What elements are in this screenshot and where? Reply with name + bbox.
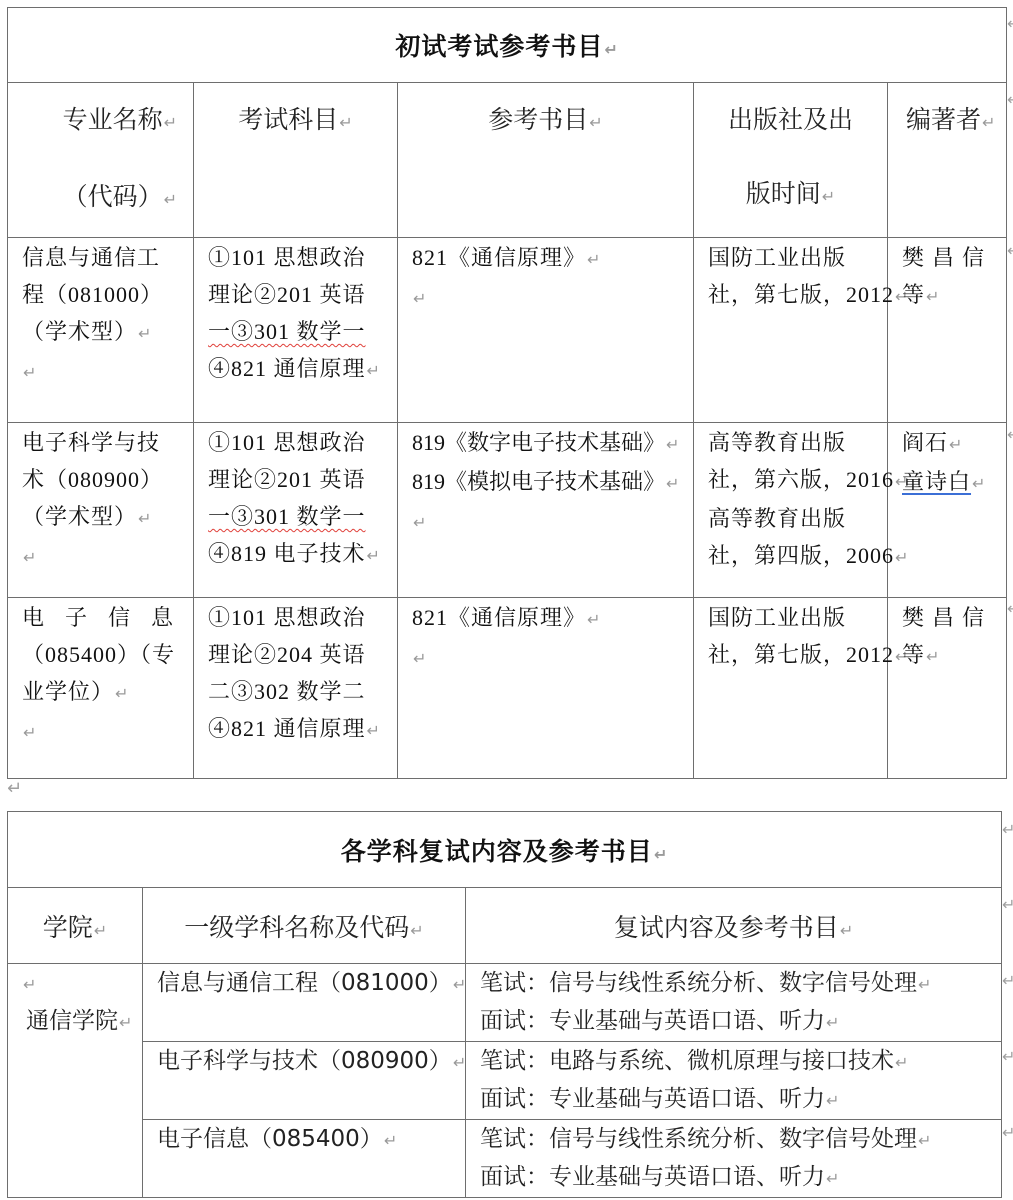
paragraph-mark-icon: ↵ — [587, 250, 601, 269]
header-label: 学院 — [43, 913, 93, 942]
paragraph-mark-icon: ↵ — [23, 548, 37, 567]
major-text: 业学位） — [22, 679, 114, 704]
author-text: 樊昌信 — [902, 239, 998, 276]
table-row: 电子科学与技 术（080900） （学术型）↵ ↵ ①101 思想政治 理论②2… — [8, 423, 1007, 598]
interview-text: 面试：专业基础与英语口语、听力 — [480, 1086, 825, 1112]
paragraph-mark-icon: ↵ — [982, 113, 995, 132]
paragraph-mark-icon: ↵ — [367, 546, 381, 565]
paragraph-mark-icon: ↵ — [94, 921, 107, 940]
paragraph-mark-icon: ↵ — [413, 289, 427, 308]
content-cell[interactable]: 笔试：信号与线性系统分析、数字信号处理↵ 面试：专业基础与英语口语、听力↵ — [466, 1120, 1002, 1198]
author-text: 樊昌信 — [902, 599, 998, 636]
paragraph-mark-icon: ↵ — [119, 1013, 132, 1032]
major-cell[interactable]: 电子信息 （085400）（专 业学位）↵ ↵ — [8, 598, 194, 779]
books-cell[interactable]: 821《通信原理》↵ ↵ — [398, 598, 694, 779]
header-cell-publisher[interactable]: 出版社及出 版时间↵ — [694, 83, 888, 238]
table-row: ↵ 通信学院↵ 信息与通信工程（081000）↵ 笔试：信号与线性系统分析、数字… — [8, 964, 1002, 1042]
header-cell-college[interactable]: 学院↵ — [8, 888, 143, 964]
major-text: （学术型） — [22, 319, 137, 344]
subject-text-spellcheck: 一③301 数学一 — [208, 313, 389, 350]
major-text: 电子科学与技 — [22, 424, 185, 461]
book-title: 819《数字电子技术基础》 — [412, 430, 665, 455]
paragraph-mark-icon: ↵ — [367, 721, 381, 740]
paragraph-mark-icon: ↵ — [413, 649, 427, 668]
row-end-mark-icon: ↵ — [1002, 1047, 1013, 1066]
paragraph-mark-icon: ↵ — [926, 647, 940, 666]
subjects-cell[interactable]: ①101 思想政治 理论②201 英语 一③301 数学一 ④821 通信原理↵ — [194, 238, 398, 423]
paragraph-mark-icon: ↵ — [826, 1169, 839, 1188]
paragraph-mark-icon: ↵ — [826, 1091, 839, 1110]
college-cell[interactable]: ↵ 通信学院↵ — [8, 964, 143, 1198]
paragraph-mark-icon: ↵ — [413, 513, 426, 532]
row-end-mark-icon: ↵ — [1002, 895, 1013, 914]
author-cell[interactable]: 阎石↵ 童诗白↵ — [888, 423, 1007, 598]
paragraph-mark-icon: ↵ — [589, 113, 602, 132]
paragraph-mark-icon: ↵ — [367, 361, 381, 380]
header-label: 编著者 — [906, 105, 981, 134]
paragraph-mark-icon: ↵ — [895, 1053, 908, 1072]
header-label: 版时间 — [746, 179, 821, 208]
major-text: 电子信息 — [22, 599, 185, 636]
paragraph-mark-icon: ↵ — [23, 975, 36, 994]
paragraph-mark-icon: ↵ — [453, 1053, 466, 1072]
publisher-cell[interactable]: 国防工业出版 社，第七版，2012↵ — [694, 598, 888, 779]
paragraph-mark-icon: ↵ — [840, 921, 853, 940]
paragraph-mark-icon: ↵ — [115, 684, 129, 703]
author-text: 童诗白 — [902, 469, 971, 494]
paragraph-mark-icon: ↵ — [164, 113, 177, 132]
discipline-text: 电子信息（085400） — [157, 1126, 383, 1152]
table-row: 信息与通信工 程（081000） （学术型）↵ ↵ ①101 思想政治 理论②2… — [8, 238, 1007, 423]
major-text: 术（080900） — [22, 461, 185, 498]
publisher-text: 高等教育出版 — [708, 424, 879, 461]
major-cell[interactable]: 信息与通信工 程（081000） （学术型）↵ ↵ — [8, 238, 194, 423]
subject-text: 理论②201 英语 — [208, 276, 389, 313]
paragraph-mark-icon: ↵ — [339, 113, 352, 132]
row-end-mark-icon: ↵ — [1007, 599, 1013, 618]
major-text: （学术型） — [22, 504, 137, 529]
interview-text: 面试：专业基础与英语口语、听力 — [480, 1164, 825, 1190]
written-exam-text: 笔试：信号与线性系统分析、数字信号处理 — [480, 1126, 917, 1152]
discipline-text: 信息与通信工程（081000） — [157, 970, 452, 996]
publisher-text: 社，第四版，2006 — [708, 543, 894, 568]
header-cell-subjects[interactable]: 考试科目↵ — [194, 83, 398, 238]
header-label: 考试科目 — [238, 105, 338, 134]
subject-text: ④819 电子技术 — [208, 541, 366, 566]
subject-text: ①101 思想政治 — [208, 424, 389, 461]
paragraph-mark-icon: ↵ — [895, 548, 909, 567]
discipline-cell[interactable]: 信息与通信工程（081000）↵ — [143, 964, 466, 1042]
paragraph-mark-icon: ↵ — [666, 474, 679, 493]
paragraph-mark-icon: ↵ — [604, 40, 618, 59]
publisher-text: 高等教育出版 — [708, 500, 879, 537]
publisher-cell[interactable]: 国防工业出版 社，第七版，2012↵ — [694, 238, 888, 423]
publisher-text: 国防工业出版 — [708, 599, 879, 636]
paragraph-mark-icon: ↵ — [453, 975, 466, 994]
header-label: 出版社及出 — [694, 83, 887, 157]
author-text: 等 — [902, 282, 925, 307]
header-label: 一级学科名称及代码 — [184, 913, 409, 942]
subject-text: 理论②201 英语 — [208, 461, 389, 498]
content-cell[interactable]: 笔试：电路与系统、微机原理与接口技术↵ 面试：专业基础与英语口语、听力↵ — [466, 1042, 1002, 1120]
paragraph-mark-icon: ↵ — [587, 610, 601, 629]
paragraph-mark-icon: ↵ — [164, 190, 177, 209]
publisher-text: 社，第六版，2016 — [708, 467, 894, 492]
header-cell-author[interactable]: 编著者↵ — [888, 83, 1007, 238]
publisher-text: 社，第七版，2012 — [708, 282, 894, 307]
header-cell-discipline[interactable]: 一级学科名称及代码↵ — [143, 888, 466, 964]
discipline-cell[interactable]: 电子信息（085400）↵ — [143, 1120, 466, 1198]
subject-text: 二③302 数学二 — [208, 673, 389, 710]
paragraph-mark-icon: ↵ — [384, 1131, 397, 1150]
paragraph-mark-icon: ↵ — [410, 921, 423, 940]
table-title: 初试考试参考书目 — [395, 32, 603, 61]
written-exam-text: 笔试：信号与线性系统分析、数字信号处理 — [480, 970, 917, 996]
subject-text: ④821 通信原理 — [208, 716, 366, 741]
paragraph-mark-icon: ↵ — [23, 723, 37, 742]
subject-text: ④821 通信原理 — [208, 356, 366, 381]
paragraph-mark-icon: ↵ — [138, 509, 152, 528]
major-text: （085400）（专 — [22, 636, 185, 673]
paragraph-mark-icon: ↵ — [918, 1131, 931, 1150]
paragraph-mark-icon: ↵ — [7, 778, 22, 799]
subject-text: 理论②204 英语 — [208, 636, 389, 673]
content-cell[interactable]: 笔试：信号与线性系统分析、数字信号处理↵ 面试：专业基础与英语口语、听力↵ — [466, 964, 1002, 1042]
table-title-cell[interactable]: 初试考试参考书目↵ — [8, 8, 1007, 83]
publisher-cell[interactable]: 高等教育出版 社，第六版，2016↵ 高等教育出版 社，第四版，2006↵ — [694, 423, 888, 598]
books-cell[interactable]: 821《通信原理》↵ ↵ — [398, 238, 694, 423]
header-label: 复试内容及参考书目 — [614, 913, 839, 942]
row-end-mark-icon: ↵ — [1007, 90, 1013, 109]
author-cell[interactable]: 樊昌信 等↵ — [888, 598, 1007, 779]
row-end-mark-icon: ↵ — [1002, 820, 1013, 839]
paragraph-mark-icon: ↵ — [23, 363, 37, 382]
header-cell-content[interactable]: 复试内容及参考书目↵ — [466, 888, 1002, 964]
table-row: 电子信息（085400）↵ 笔试：信号与线性系统分析、数字信号处理↵ 面试：专业… — [8, 1120, 1002, 1198]
book-title: 819《模拟电子技术基础》 — [412, 469, 665, 494]
initial-exam-reference-table: 初试考试参考书目↵ 专业名称↵ （代码）↵ 考试科目↵ 参考书目↵ 出版社及出 … — [7, 7, 1007, 779]
author-cell[interactable]: 樊昌信 等↵ — [888, 238, 1007, 423]
written-exam-text: 笔试：电路与系统、微机原理与接口技术 — [480, 1048, 894, 1074]
header-label: 参考书目 — [488, 105, 588, 134]
row-end-mark-icon: ↵ — [1002, 971, 1013, 990]
paragraph-mark-icon: ↵ — [918, 975, 931, 994]
subject-text-spellcheck: 一③301 数学一 — [208, 498, 389, 535]
table-title-cell[interactable]: 各学科复试内容及参考书目↵ — [8, 812, 1002, 888]
header-cell-books[interactable]: 参考书目↵ — [398, 83, 694, 238]
header-cell-major[interactable]: 专业名称↵ （代码）↵ — [8, 83, 194, 238]
row-end-mark-icon: ↵ — [1007, 14, 1013, 33]
major-text: 信息与通信工 — [22, 239, 185, 276]
paragraph-mark-icon: ↵ — [666, 435, 679, 454]
table-title: 各学科复试内容及参考书目 — [341, 837, 653, 866]
publisher-text: 社，第七版，2012 — [708, 642, 894, 667]
row-end-mark-icon: ↵ — [1007, 425, 1013, 444]
subject-text: ①101 思想政治 — [208, 599, 389, 636]
subjects-cell[interactable]: ①101 思想政治 理论②201 英语 一③301 数学一 ④819 电子技术↵ — [194, 423, 398, 598]
major-cell[interactable]: 电子科学与技 术（080900） （学术型）↵ ↵ — [8, 423, 194, 598]
discipline-cell[interactable]: 电子科学与技术（080900）↵ — [143, 1042, 466, 1120]
publisher-text: 国防工业出版 — [708, 239, 879, 276]
paragraph-mark-icon: ↵ — [654, 845, 668, 864]
paragraph-mark-icon: ↵ — [138, 324, 152, 343]
author-text: 阎石 — [902, 430, 948, 455]
header-row: 专业名称↵ （代码）↵ 考试科目↵ 参考书目↵ 出版社及出 版时间↵ 编著者↵ — [8, 83, 1007, 238]
book-title: 821《通信原理》 — [412, 605, 586, 630]
college-name: 通信学院 — [26, 1008, 118, 1034]
subjects-cell[interactable]: ①101 思想政治 理论②204 英语 二③302 数学二 ④821 通信原理↵ — [194, 598, 398, 779]
row-end-mark-icon: ↵ — [1007, 241, 1013, 260]
paragraph-mark-icon: ↵ — [826, 1013, 839, 1032]
interview-text: 面试：专业基础与英语口语、听力 — [480, 1008, 825, 1034]
subject-text: ①101 思想政治 — [208, 239, 389, 276]
retest-content-table: 各学科复试内容及参考书目↵ 学院↵ 一级学科名称及代码↵ 复试内容及参考书目↵ … — [7, 811, 1002, 1198]
major-text: 程（081000） — [22, 276, 185, 313]
table-row: 电子科学与技术（080900）↵ 笔试：电路与系统、微机原理与接口技术↵ 面试：… — [8, 1042, 1002, 1120]
row-end-mark-icon: ↵ — [1002, 1123, 1013, 1142]
header-row: 学院↵ 一级学科名称及代码↵ 复试内容及参考书目↵ — [8, 888, 1002, 964]
books-cell[interactable]: 819《数字电子技术基础》↵ 819《模拟电子技术基础》↵ ↵ — [398, 423, 694, 598]
paragraph-mark-icon: ↵ — [972, 474, 986, 493]
table-row: 电子信息 （085400）（专 业学位）↵ ↵ ①101 思想政治 理论②204… — [8, 598, 1007, 779]
paragraph-mark-icon: ↵ — [949, 435, 963, 454]
header-label: 专业名称 — [63, 105, 163, 134]
paragraph-mark-icon: ↵ — [822, 187, 835, 206]
book-title: 821《通信原理》 — [412, 245, 586, 270]
author-text: 等 — [902, 642, 925, 667]
discipline-text: 电子科学与技术（080900） — [157, 1048, 452, 1074]
header-label: （代码） — [63, 182, 163, 211]
paragraph-mark-icon: ↵ — [926, 287, 940, 306]
